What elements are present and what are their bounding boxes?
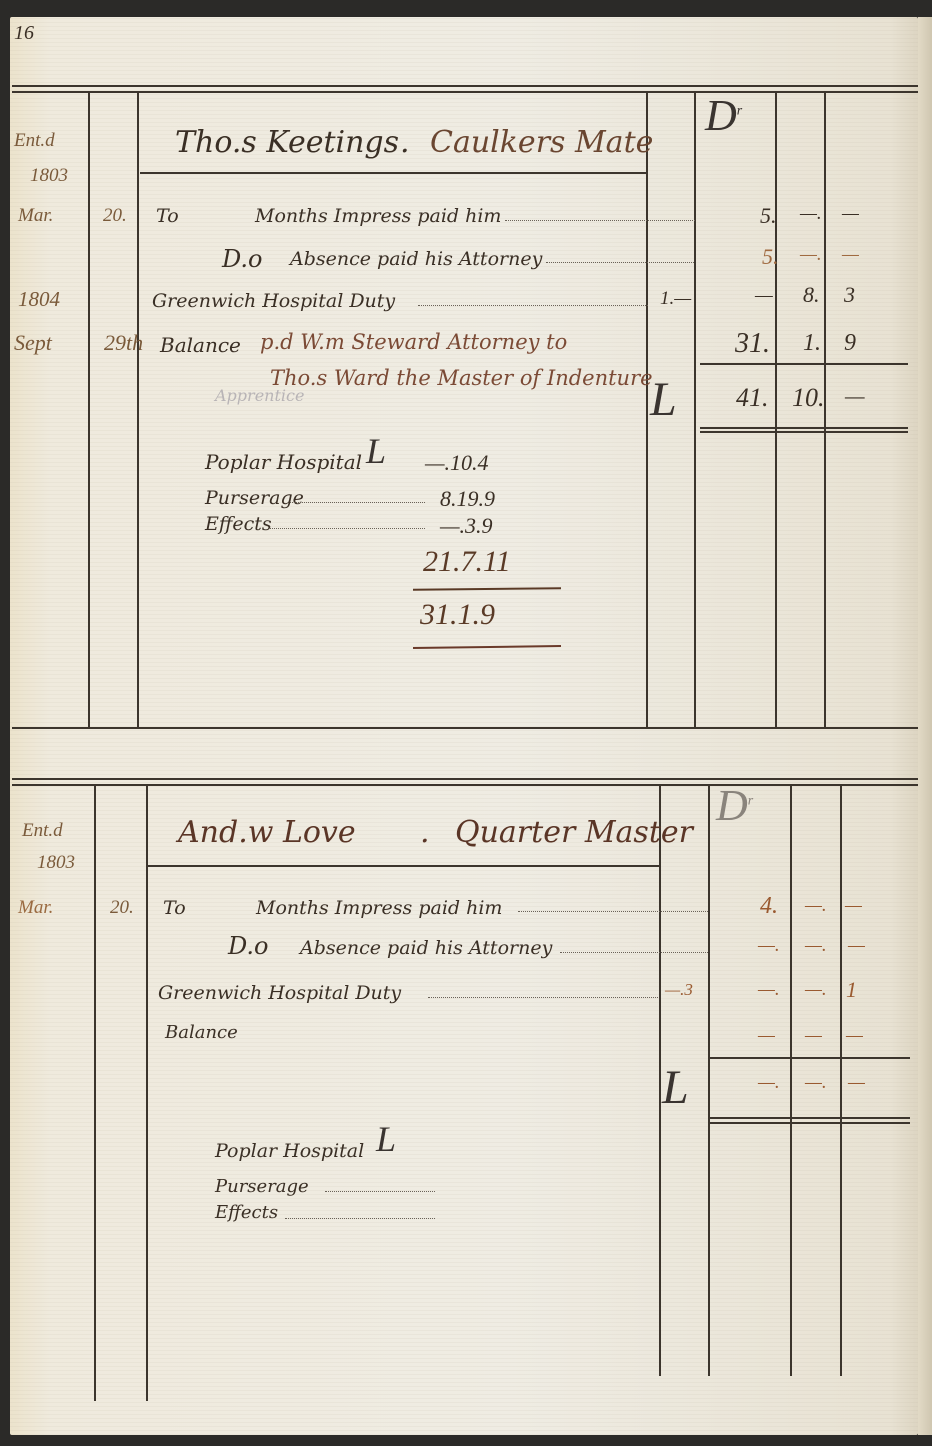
entry-day: 20. xyxy=(103,205,127,227)
amount-shillings: —. xyxy=(800,244,822,266)
entered-year: 1803 xyxy=(30,165,68,187)
summary-label: Effects xyxy=(205,513,272,535)
summary-label: Purserage xyxy=(205,487,304,509)
leader-dots xyxy=(505,220,695,221)
debit-column-label: Dr xyxy=(716,780,753,831)
name-separator: . xyxy=(420,815,430,850)
total-pence: — xyxy=(848,1072,865,1094)
employee-name: And.w Love xyxy=(178,815,356,850)
amount-shillings: 8. xyxy=(803,282,820,308)
header-rule xyxy=(148,865,659,867)
leader-dots xyxy=(285,1218,435,1219)
total-rule xyxy=(700,427,908,429)
leader-dots xyxy=(325,1191,435,1192)
pound-symbol: L xyxy=(650,372,677,427)
leader-dots xyxy=(560,952,708,953)
page-number: 16 xyxy=(14,22,34,45)
amount-pence: 1 xyxy=(846,977,857,1003)
leader-dots xyxy=(428,997,658,998)
debit-label-sup: r xyxy=(748,793,753,808)
amount-pence: — xyxy=(846,1025,863,1047)
total-shillings: —. xyxy=(805,1072,827,1094)
amount-pence: — xyxy=(848,935,865,957)
total-rule xyxy=(710,1122,910,1124)
total-rule xyxy=(710,1117,910,1119)
debit-label: D xyxy=(705,91,737,140)
entry-description: Greenwich Hospital Duty xyxy=(158,982,401,1004)
column-rule xyxy=(646,93,648,727)
summary-label: Poplar Hospital xyxy=(215,1140,364,1162)
summary-subtotal: 21.7.11 xyxy=(423,545,511,579)
amount-shillings: — xyxy=(805,1025,822,1047)
summary-value: —.3.9 xyxy=(440,513,493,539)
column-rule xyxy=(94,786,96,1401)
employee-rank: Quarter Master xyxy=(455,815,693,850)
rule xyxy=(12,91,918,93)
rule xyxy=(12,778,918,780)
amount-pounds: 5. xyxy=(760,203,777,229)
leader-dots xyxy=(290,502,425,503)
sub-amount: —.3 xyxy=(665,980,693,1000)
entry-prefix: To xyxy=(163,897,186,919)
debit-column-label: Dr xyxy=(705,90,742,141)
entry-description: Absence paid his Attorney xyxy=(290,248,542,270)
entry-description: Greenwich Hospital Duty xyxy=(152,290,395,312)
amount-pence: 9 xyxy=(844,330,856,357)
rule xyxy=(12,727,918,729)
balance-annotation-2: Tho.s Ward the Master of Indenture xyxy=(270,366,653,390)
debit-label: D xyxy=(716,781,748,830)
entered-year: 1803 xyxy=(37,852,75,874)
balance-annotation: p.d W.m Steward Attorney to xyxy=(260,330,567,354)
column-rule xyxy=(775,93,777,727)
summary-label: Purserage xyxy=(215,1176,309,1197)
column-rule xyxy=(146,786,148,1401)
column-rule xyxy=(137,93,139,727)
amount-shillings: —. xyxy=(805,935,827,957)
entry-month: Mar. xyxy=(18,205,53,227)
entry-description: Absence paid his Attorney xyxy=(300,937,552,959)
leader-dots xyxy=(270,528,425,529)
page-edge xyxy=(918,17,932,1435)
header-rule xyxy=(140,172,646,174)
entry-prefix: D.o xyxy=(228,932,268,960)
summary-pound-symbol: L xyxy=(376,1118,396,1160)
amount-shillings: —. xyxy=(800,203,822,225)
leader-dots xyxy=(418,305,648,306)
debit-label-sup: r xyxy=(737,103,742,118)
entry-month: Sept xyxy=(14,330,52,356)
name-separator: . xyxy=(400,125,410,160)
entry-month: Mar. xyxy=(18,897,53,919)
summary-pound-symbol: L xyxy=(366,430,386,472)
total-rule xyxy=(710,1057,910,1059)
entry-description: Balance xyxy=(160,333,241,357)
amount-pence: — xyxy=(842,244,859,266)
total-pounds: —. xyxy=(758,1072,780,1094)
amount-pence: 3 xyxy=(844,282,855,308)
employee-rank: Caulkers Mate xyxy=(430,125,653,160)
amount-pence: — xyxy=(842,203,859,225)
amount-pounds: 4. xyxy=(760,893,778,920)
amount-pounds: — xyxy=(758,1025,775,1047)
entry-day: 29th xyxy=(104,330,143,356)
total-rule xyxy=(700,363,908,365)
summary-label: Effects xyxy=(215,1202,278,1223)
column-rule xyxy=(840,786,842,1376)
amount-pounds: —. xyxy=(758,935,780,957)
leader-dots xyxy=(518,911,708,912)
entry-year: 1804 xyxy=(18,287,60,312)
entry-description: Balance xyxy=(165,1022,238,1043)
entry-description: Months Impress paid him xyxy=(256,897,502,919)
amount-pounds: 5. xyxy=(762,244,779,270)
entry-prefix: To xyxy=(156,205,179,227)
employee-name: Tho.s Keetings xyxy=(175,125,399,160)
total-pence: — xyxy=(845,383,865,409)
amount-pounds: —. xyxy=(758,979,780,1001)
entry-prefix: D.o xyxy=(222,245,262,273)
summary-label: Poplar Hospital xyxy=(205,450,362,474)
amount-pounds: 31. xyxy=(735,328,770,360)
column-rule xyxy=(694,93,696,727)
amount-pence: — xyxy=(845,895,862,917)
entry-description: Months Impress paid him xyxy=(255,205,501,227)
amount-shillings: 1. xyxy=(803,330,821,357)
sub-amount: 1.— xyxy=(660,288,691,310)
amount-pounds: — xyxy=(755,284,773,307)
entered-label: Ent.d xyxy=(22,820,63,842)
total-pounds: 41. xyxy=(736,383,769,413)
rule xyxy=(12,85,918,87)
column-rule xyxy=(659,786,661,1376)
total-shillings: 10. xyxy=(792,383,825,413)
amount-shillings: —. xyxy=(805,979,827,1001)
column-rule xyxy=(790,786,792,1376)
total-rule xyxy=(700,431,908,433)
pound-symbol: L xyxy=(662,1060,689,1115)
summary-value: —.10.4 xyxy=(425,450,489,476)
entered-label: Ent.d xyxy=(14,130,55,152)
amount-shillings: —. xyxy=(805,895,827,917)
column-rule xyxy=(708,786,710,1376)
leader-dots xyxy=(546,262,694,263)
summary-value: 8.19.9 xyxy=(440,486,495,512)
pencil-note: Apprentice xyxy=(215,386,304,405)
column-rule xyxy=(88,93,90,727)
entry-day: 20. xyxy=(110,897,134,919)
summary-total: 31.1.9 xyxy=(420,598,495,632)
